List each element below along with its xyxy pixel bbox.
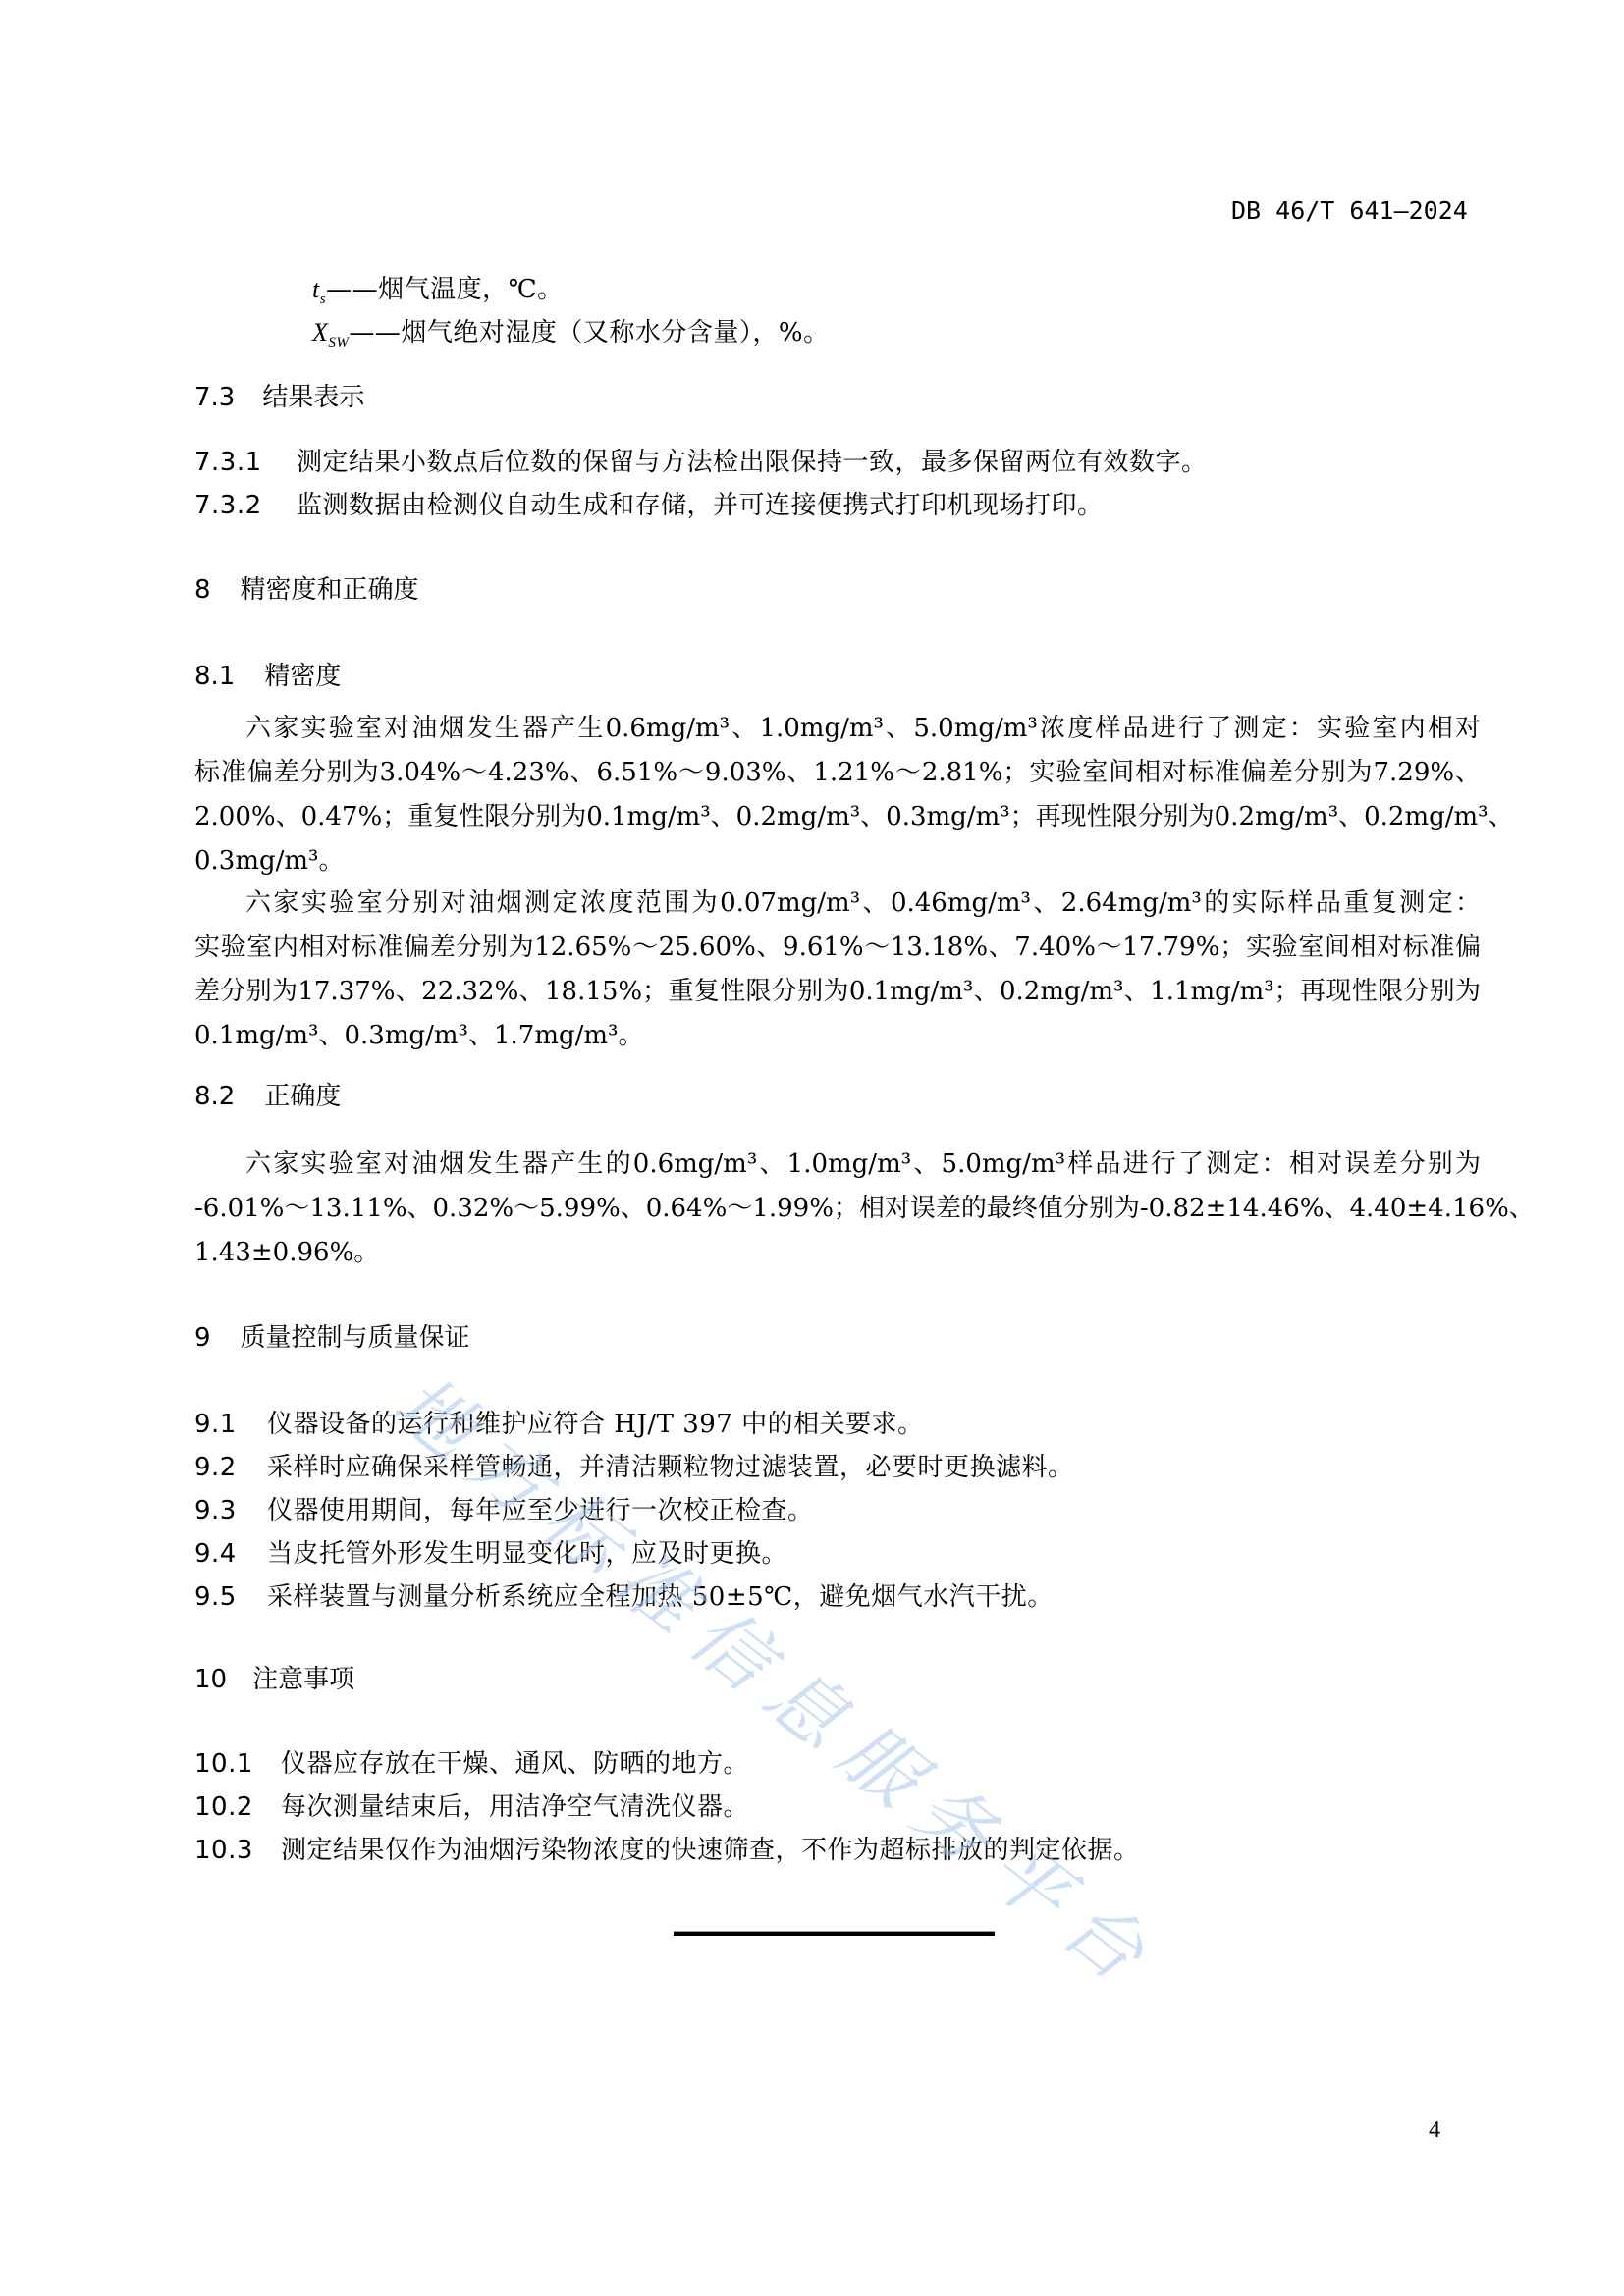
section-title: 注意事项	[252, 1665, 354, 1694]
paragraph-line: 六家实验室对油烟发生器产生0.6mg/m³、1.0mg/m³、5.0mg/m³浓…	[194, 707, 1481, 751]
page-number: 4	[1429, 2117, 1440, 2144]
clause-10-1: 10.1仪器应存放在干燥、通风、防晒的地方。	[194, 1743, 749, 1780]
clause-text: 每次测量结束后，用洁净空气清洗仪器。	[281, 1792, 749, 1822]
paragraph-line: 六家实验室分别对油烟测定浓度范围为0.07mg/m³、0.46mg/m³、2.6…	[194, 881, 1481, 926]
paragraph-line: 实验室内相对标准偏差分别为12.65%～25.60%、9.61%～13.18%、…	[194, 926, 1481, 970]
clause-text: 测定结果仅作为油烟污染物浓度的快速筛查，不作为超标排放的判定依据。	[281, 1836, 1140, 1865]
clause-9-3: 9.3仪器使用期间，每年应至少进行一次校正检查。	[194, 1490, 814, 1526]
section-title: 正确度	[264, 1082, 341, 1111]
clause-number: 9.3	[194, 1496, 267, 1525]
symbol-t: t	[312, 275, 320, 303]
section-8-heading: 8精密度和正确度	[194, 569, 419, 606]
clause-9-2: 9.2采样时应确保采样管畅通，并清洁颗粒物过滤装置，必要时更换滤料。	[194, 1447, 1074, 1483]
section-number: 8	[194, 575, 211, 605]
section-number: 8.2	[194, 1082, 235, 1111]
paragraph-line: 1.43±0.96%。	[194, 1231, 1481, 1275]
clause-text: 采样装置与测量分析系统应全程加热 50±5℃，避免烟气水汽干扰。	[267, 1582, 1054, 1612]
section-title: 结果表示	[262, 383, 364, 412]
paragraph-line: 0.1mg/m³、0.3mg/m³、1.7mg/m³。	[194, 1014, 1481, 1058]
clause-9-5: 9.5采样装置与测量分析系统应全程加热 50±5℃，避免烟气水汽干扰。	[194, 1576, 1054, 1613]
paragraph-line: 标准偏差分别为3.04%～4.23%、6.51%～9.03%、1.21%～2.8…	[194, 751, 1481, 795]
clause-9-4: 9.4当皮托管外形发生明显变化时，应及时更换。	[194, 1533, 787, 1570]
precision-paragraph-2: 六家实验室分别对油烟测定浓度范围为0.07mg/m³、0.46mg/m³、2.6…	[194, 881, 1481, 1058]
clause-text: 采样时应确保采样管畅通，并清洁颗粒物过滤装置，必要时更换滤料。	[267, 1453, 1074, 1482]
accuracy-paragraph: 六家实验室对油烟发生器产生的0.6mg/m³、1.0mg/m³、5.0mg/m³…	[194, 1143, 1481, 1275]
paragraph-line: 差分别为17.37%、22.32%、18.15%；重复性限分别为0.1mg/m³…	[194, 970, 1481, 1014]
clause-number: 10.3	[194, 1836, 281, 1865]
paragraph-line: 2.00%、0.47%；重复性限分别为0.1mg/m³、0.2mg/m³、0.3…	[194, 795, 1481, 839]
clause-7-3-2: 7.3.2监测数据由检测仪自动生成和存储，并可连接便携式打印机现场打印。	[194, 485, 1104, 521]
end-of-document-rule	[674, 1931, 995, 1936]
clause-7-3-1: 7.3.1测定结果小数点后位数的保留与方法检出限保持一致，最多保留两位有效数字。	[194, 442, 1208, 478]
precision-paragraph-1: 六家实验室对油烟发生器产生0.6mg/m³、1.0mg/m³、5.0mg/m³浓…	[194, 707, 1481, 883]
clause-number: 10.2	[194, 1792, 281, 1822]
section-title: 精密度和正确度	[241, 575, 419, 605]
clause-10-3: 10.3测定结果仅作为油烟污染物浓度的快速筛查，不作为超标排放的判定依据。	[194, 1830, 1140, 1866]
symbol-x: X	[312, 318, 328, 347]
definition-ts: ts——烟气温度，℃。	[312, 269, 564, 308]
clause-number: 10.1	[194, 1749, 281, 1779]
clause-text: 测定结果小数点后位数的保留与方法检出限保持一致，最多保留两位有效数字。	[297, 448, 1208, 477]
clause-text: 仪器设备的运行和维护应符合 HJ/T 397 中的相关要求。	[267, 1410, 924, 1439]
clause-text: 仪器应存放在干燥、通风、防晒的地方。	[281, 1749, 749, 1779]
clause-10-2: 10.2每次测量结束后，用洁净空气清洗仪器。	[194, 1787, 749, 1823]
definition-text: ——烟气温度，℃。	[326, 275, 564, 304]
clause-text: 监测数据由检测仪自动生成和存储，并可连接便携式打印机现场打印。	[297, 491, 1104, 520]
section-title: 质量控制与质量保证	[241, 1323, 470, 1353]
document-code: DB 46/T 641—2024	[1231, 196, 1468, 225]
definition-xsw: XSW——烟气绝对湿度（又称水分含量），%。	[312, 312, 830, 351]
definition-text: ——烟气绝对湿度（又称水分含量），%。	[349, 318, 829, 347]
clause-number: 7.3.1	[194, 448, 297, 477]
section-7-3-heading: 7.3结果表示	[194, 377, 364, 413]
paragraph-line: -6.01%～13.11%、0.32%～5.99%、0.64%～1.99%；相对…	[194, 1187, 1481, 1231]
symbol-sub: SW	[328, 335, 349, 350]
section-8-1-heading: 8.1精密度	[194, 656, 341, 692]
clause-number: 9.5	[194, 1582, 267, 1612]
section-9-heading: 9质量控制与质量保证	[194, 1317, 470, 1354]
clause-text: 当皮托管外形发生明显变化时，应及时更换。	[267, 1539, 787, 1569]
clause-text: 仪器使用期间，每年应至少进行一次校正检查。	[267, 1496, 814, 1525]
section-10-heading: 10注意事项	[194, 1659, 354, 1695]
section-number: 8.1	[194, 662, 235, 691]
section-number: 9	[194, 1323, 211, 1353]
clause-number: 9.1	[194, 1410, 267, 1439]
paragraph-line: 六家实验室对油烟发生器产生的0.6mg/m³、1.0mg/m³、5.0mg/m³…	[194, 1143, 1481, 1187]
clause-number: 9.4	[194, 1539, 267, 1569]
watermark: 地方标准信息服务平台	[374, 1345, 1184, 2011]
section-number: 7.3	[194, 383, 235, 412]
clause-number: 7.3.2	[194, 491, 297, 520]
section-8-2-heading: 8.2正确度	[194, 1076, 341, 1112]
clause-number: 9.2	[194, 1453, 267, 1482]
paragraph-line: 0.3mg/m³。	[194, 839, 1481, 883]
clause-9-1: 9.1仪器设备的运行和维护应符合 HJ/T 397 中的相关要求。	[194, 1404, 924, 1440]
section-number: 10	[194, 1665, 227, 1694]
section-title: 精密度	[264, 662, 341, 691]
